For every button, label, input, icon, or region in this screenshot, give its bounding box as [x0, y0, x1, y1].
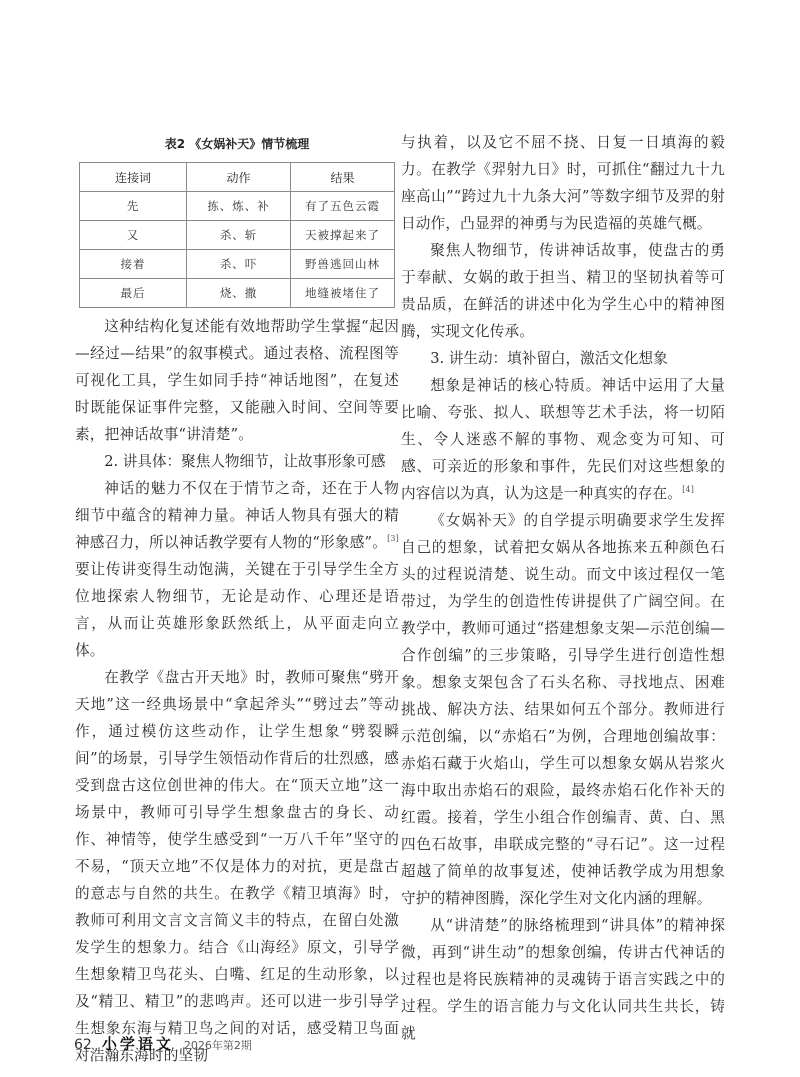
section-heading: 3. 讲生动：填补留白，激活文化想象	[401, 345, 725, 372]
table-cell: 杀、吓	[187, 250, 291, 279]
paragraph-text: 神话的魅力不仅在于情节之奇，还在于人物细节中蕴含的精神力量。神话人物具有强大的精…	[75, 480, 399, 551]
paragraph: 这种结构化复述能有效地帮助学生掌握“起因—经过—结果”的叙事模式。通过表格、流程…	[75, 313, 399, 448]
paragraph-text: 想象是神话的核心特质。神话中运用了大量比喻、夸张、拟人、联想等艺术手法，将一切陌…	[401, 377, 725, 502]
table-row: 又 杀、斩 天被撑起来了	[80, 221, 395, 250]
table-cell: 杀、斩	[187, 221, 291, 250]
table-header-row: 连接词 动作 结果	[80, 163, 395, 192]
column-header: 结果	[291, 163, 395, 192]
paragraph: 聚焦人物细节，传讲神话故事，使盘古的勇于奉献、女娲的敢于担当、精卫的坚韧执着等可…	[401, 237, 725, 345]
table-cell: 天被撑起来了	[291, 221, 395, 250]
table-cell: 有了五色云霞	[291, 192, 395, 221]
citation-ref: [4]	[682, 485, 694, 494]
journal-logo: 小学语文	[102, 1033, 174, 1054]
paragraph: 从“讲清楚”的脉络梳理到“讲具体”的精神探微，再到“讲生动”的想象创编，传讲古代…	[401, 912, 725, 1047]
left-column: 这种结构化复述能有效地帮助学生掌握“起因—经过—结果”的叙事模式。通过表格、流程…	[75, 313, 399, 1069]
table-row: 最后 烧、撒 地缝被堵住了	[80, 279, 395, 308]
table-cell: 拣、炼、补	[187, 192, 291, 221]
citation-ref: [3]	[387, 534, 399, 543]
paragraph: 《女娲补天》的自学提示明确要求学生发挥自己的想象，试着把女娲从各地拣来五种颜色石…	[401, 507, 725, 912]
right-column: 与执着，以及它不屈不挠、日复一日填海的毅力。在教学《羿射九日》时，可抓住“翻过九…	[401, 129, 725, 1047]
paragraph-text: 要让传讲变得生动饱满，关键在于引导学生全方位地探索人物细节，无论是动作、心理还是…	[75, 561, 399, 659]
table-row: 先 拣、炼、补 有了五色云霞	[80, 192, 395, 221]
table-cell: 最后	[80, 279, 187, 308]
paragraph: 与执着，以及它不屈不挠、日复一日填海的毅力。在教学《羿射九日》时，可抓住“翻过九…	[401, 129, 725, 237]
table-cell: 野兽逃回山林	[291, 250, 395, 279]
table-row: 接着 杀、吓 野兽逃回山林	[80, 250, 395, 279]
page-number: 62	[74, 1037, 92, 1053]
page-footer: 62 小学语文 2026年第2期	[74, 1033, 252, 1054]
table-cell: 接着	[80, 250, 187, 279]
paragraph: 想象是神话的核心特质。神话中运用了大量比喻、夸张、拟人、联想等艺术手法，将一切陌…	[401, 372, 725, 507]
plot-summary-table: 连接词 动作 结果 先 拣、炼、补 有了五色云霞 又 杀、斩 天被撑起来了 接着…	[79, 162, 395, 308]
paragraph: 在教学《盘古开天地》时，教师可聚焦“劈开天地”这一经典场景中“拿起斧头”“劈过去…	[75, 664, 399, 1069]
table-caption: 表2 《女娲补天》情节梳理	[75, 135, 399, 152]
table-cell: 烧、撒	[187, 279, 291, 308]
table-cell: 又	[80, 221, 187, 250]
column-header: 动作	[187, 163, 291, 192]
section-heading: 2. 讲具体：聚焦人物细节，让故事形象可感	[75, 448, 399, 475]
column-header: 连接词	[80, 163, 187, 192]
paragraph: 神话的魅力不仅在于情节之奇，还在于人物细节中蕴含的精神力量。神话人物具有强大的精…	[75, 475, 399, 664]
issue-label: 2026年第2期	[184, 1037, 252, 1053]
table-cell: 先	[80, 192, 187, 221]
table-cell: 地缝被堵住了	[291, 279, 395, 308]
